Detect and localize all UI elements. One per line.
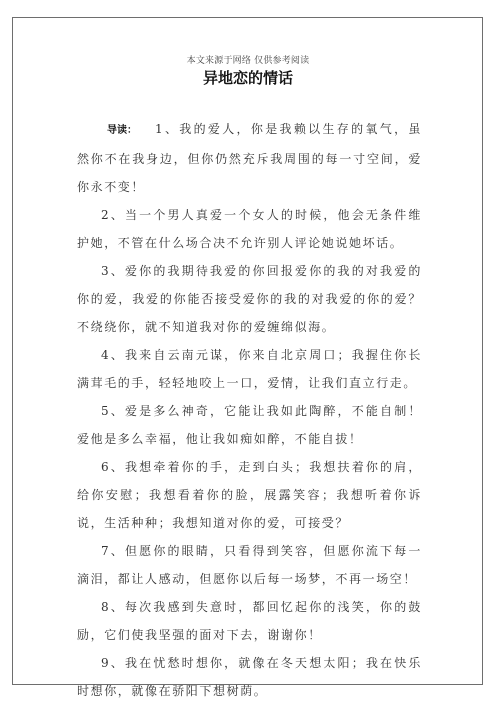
document-body: 导读：1、我的爱人，你是我赖以生存的氧气，虽然你不在我身边，但你仍然充斥我周围的… [77,115,422,702]
paragraph-2: 2、当一个男人真爱一个女人的时候，他会无条件维护她，不管在什么场合决不允许别人评… [77,201,422,257]
paragraph-5: 5、爱是多么神奇，它能让我如此陶醉，不能自制！爱他是多么幸福，他让我如痴如醉，不… [77,397,422,453]
paragraph-1: 导读：1、我的爱人，你是我赖以生存的氧气，虽然你不在我身边，但你仍然充斥我周围的… [77,115,422,201]
paragraph-6: 6、我想牵着你的手，走到白头；我想扶着你的肩，给你安慰；我想看着你的脸，展露笑容… [77,453,422,537]
paragraph-3: 3、爱你的我期待我爱的你回报爱你的我的对我爱的你的爱，我爱的你能否接受爱你的我的… [77,257,422,341]
paragraph-8: 8、每次我感到失意时，都回忆起你的浅笑，你的鼓励，它们使我坚强的面对下去，谢谢你… [77,593,422,649]
paragraph-9: 9、我在忧愁时想你，就像在冬天想太阳；我在快乐时想你，就像在骄阳下想树荫。 [77,649,422,702]
document-title: 异地恋的情话 [0,67,496,88]
source-note: 本文来源于网络 仅供参考阅读 [0,53,496,66]
lead-label: 导读： [107,117,155,145]
paragraph-7: 7、但愿你的眼睛，只看得到笑容，但愿你流下每一滴泪，都让人感动，但愿你以后每一场… [77,537,422,593]
paragraph-4: 4、我来自云南元谋，你来自北京周口；我握住你长满茸毛的手，轻轻地咬上一口，爱情，… [77,341,422,397]
